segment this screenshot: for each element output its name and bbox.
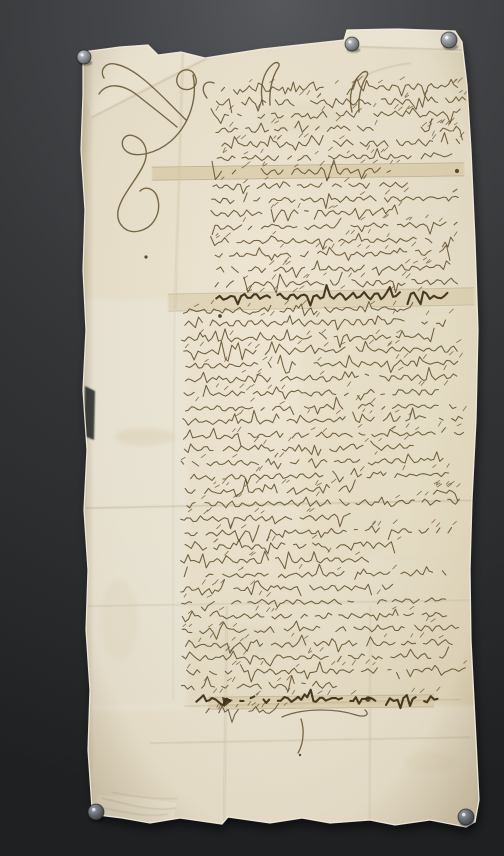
photo-backdrop-board <box>0 0 504 856</box>
push-pin-2 <box>345 37 360 53</box>
push-pin-3 <box>441 32 458 50</box>
push-pin-4 <box>88 804 105 822</box>
push-pin-5 <box>458 809 475 827</box>
push-pin-1 <box>77 50 92 66</box>
manuscript-scene <box>0 0 504 856</box>
paper-surface <box>80 29 480 830</box>
manuscript-photograph <box>0 0 504 856</box>
